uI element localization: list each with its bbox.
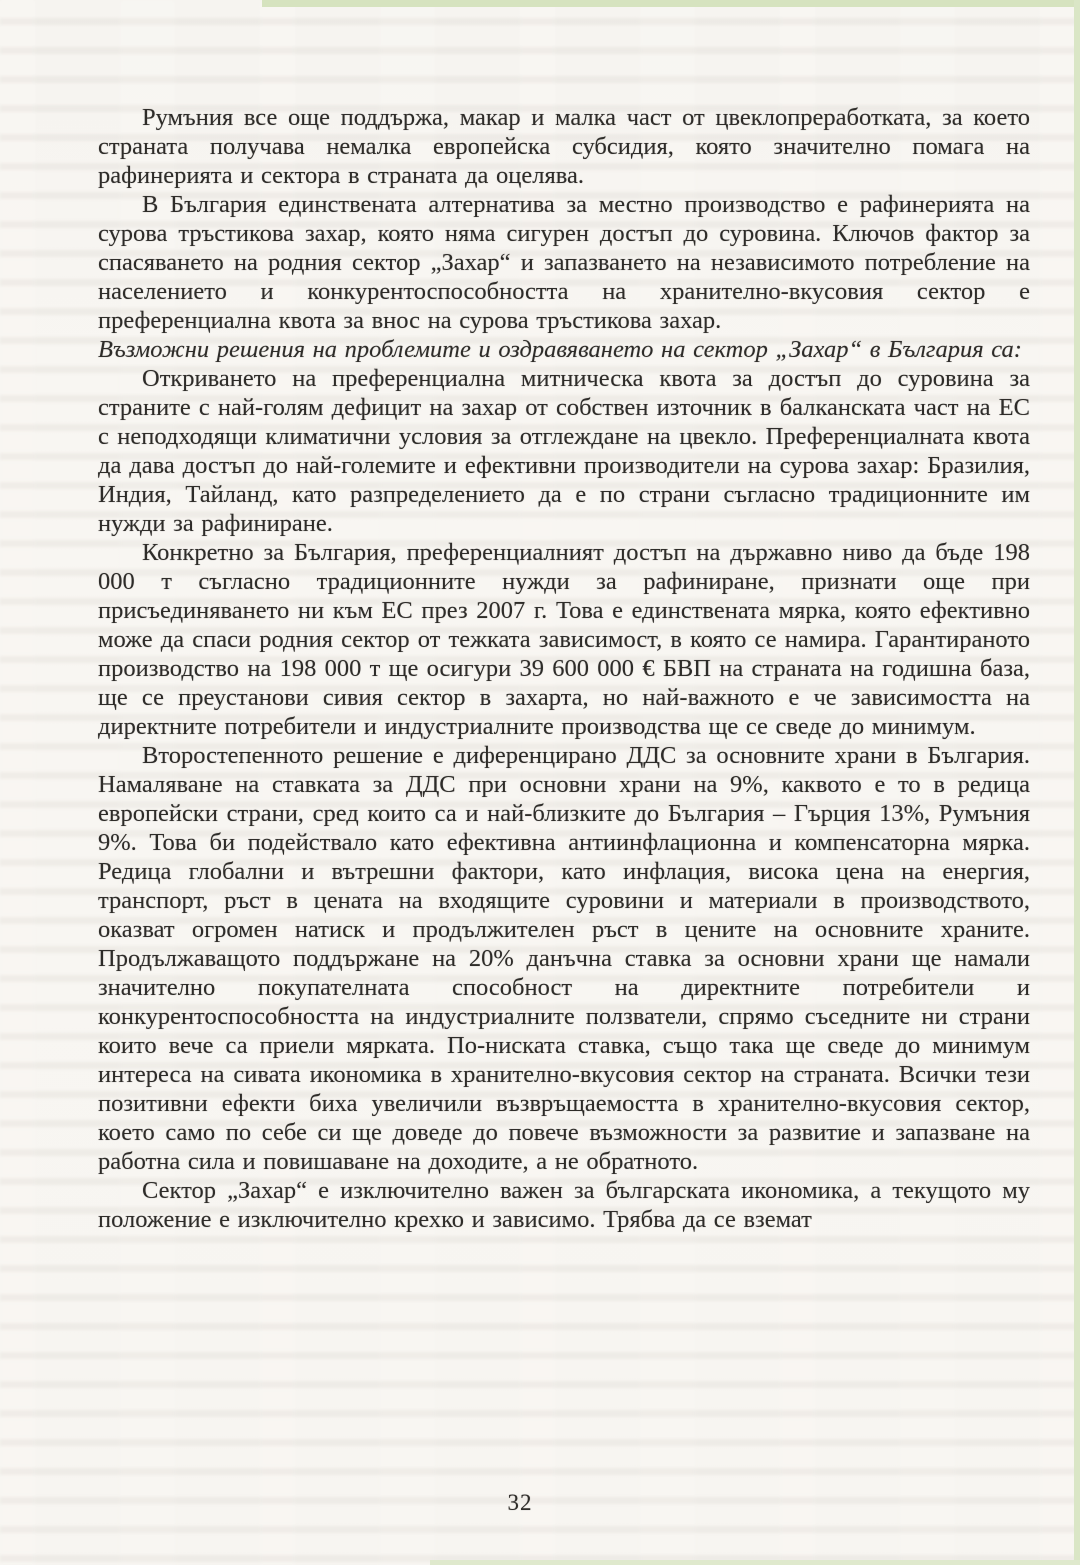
document-body: Румъния все още поддържа, макар и малка … [98,103,1030,1234]
paragraph: Възможни решения на проблемите и оздравя… [98,335,1030,364]
page-number: 32 [0,1490,1040,1516]
paragraph: Сектор „Захар“ е изключително важен за б… [98,1176,1030,1234]
paragraph: Второстепенното решение е диференцирано … [98,741,1030,1176]
paragraph: Откриването на преференциална митническа… [98,364,1030,538]
scanned-document-page: Румъния все още поддържа, макар и малка … [0,0,1080,1565]
paragraph: Конкретно за България, преференциалният … [98,538,1030,741]
scan-edge-artifact-bottom [430,1560,1080,1565]
paragraph: Румъния все още поддържа, макар и малка … [98,103,1030,190]
scan-edge-artifact-top [262,0,1080,7]
scan-edge-artifact-right [1074,0,1080,1565]
paragraph: В България единствената алтернатива за м… [98,190,1030,335]
